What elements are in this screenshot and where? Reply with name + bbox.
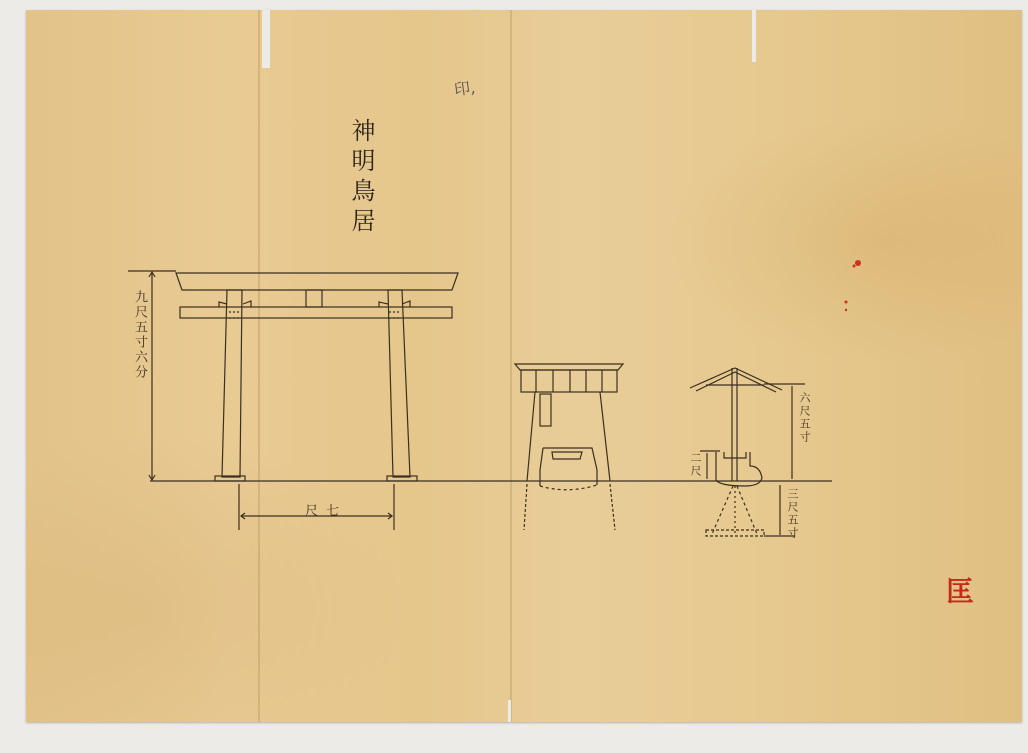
- drawing-title: 神明鳥居: [344, 118, 379, 238]
- underground-depth-label: 三尺五寸: [784, 488, 800, 540]
- stone-height-label: 二尺: [687, 452, 703, 478]
- pencil-note: 印,: [453, 75, 477, 101]
- technical-drawing: [0, 0, 1028, 753]
- roof-height-label: 六尺五寸: [796, 392, 812, 444]
- torii-height-label: 九尺五寸六分: [130, 290, 149, 380]
- red-seal-stamp: 匡: [946, 570, 974, 610]
- torii-kasagi: [176, 273, 458, 290]
- torii-width-label: 尺七: [305, 500, 347, 519]
